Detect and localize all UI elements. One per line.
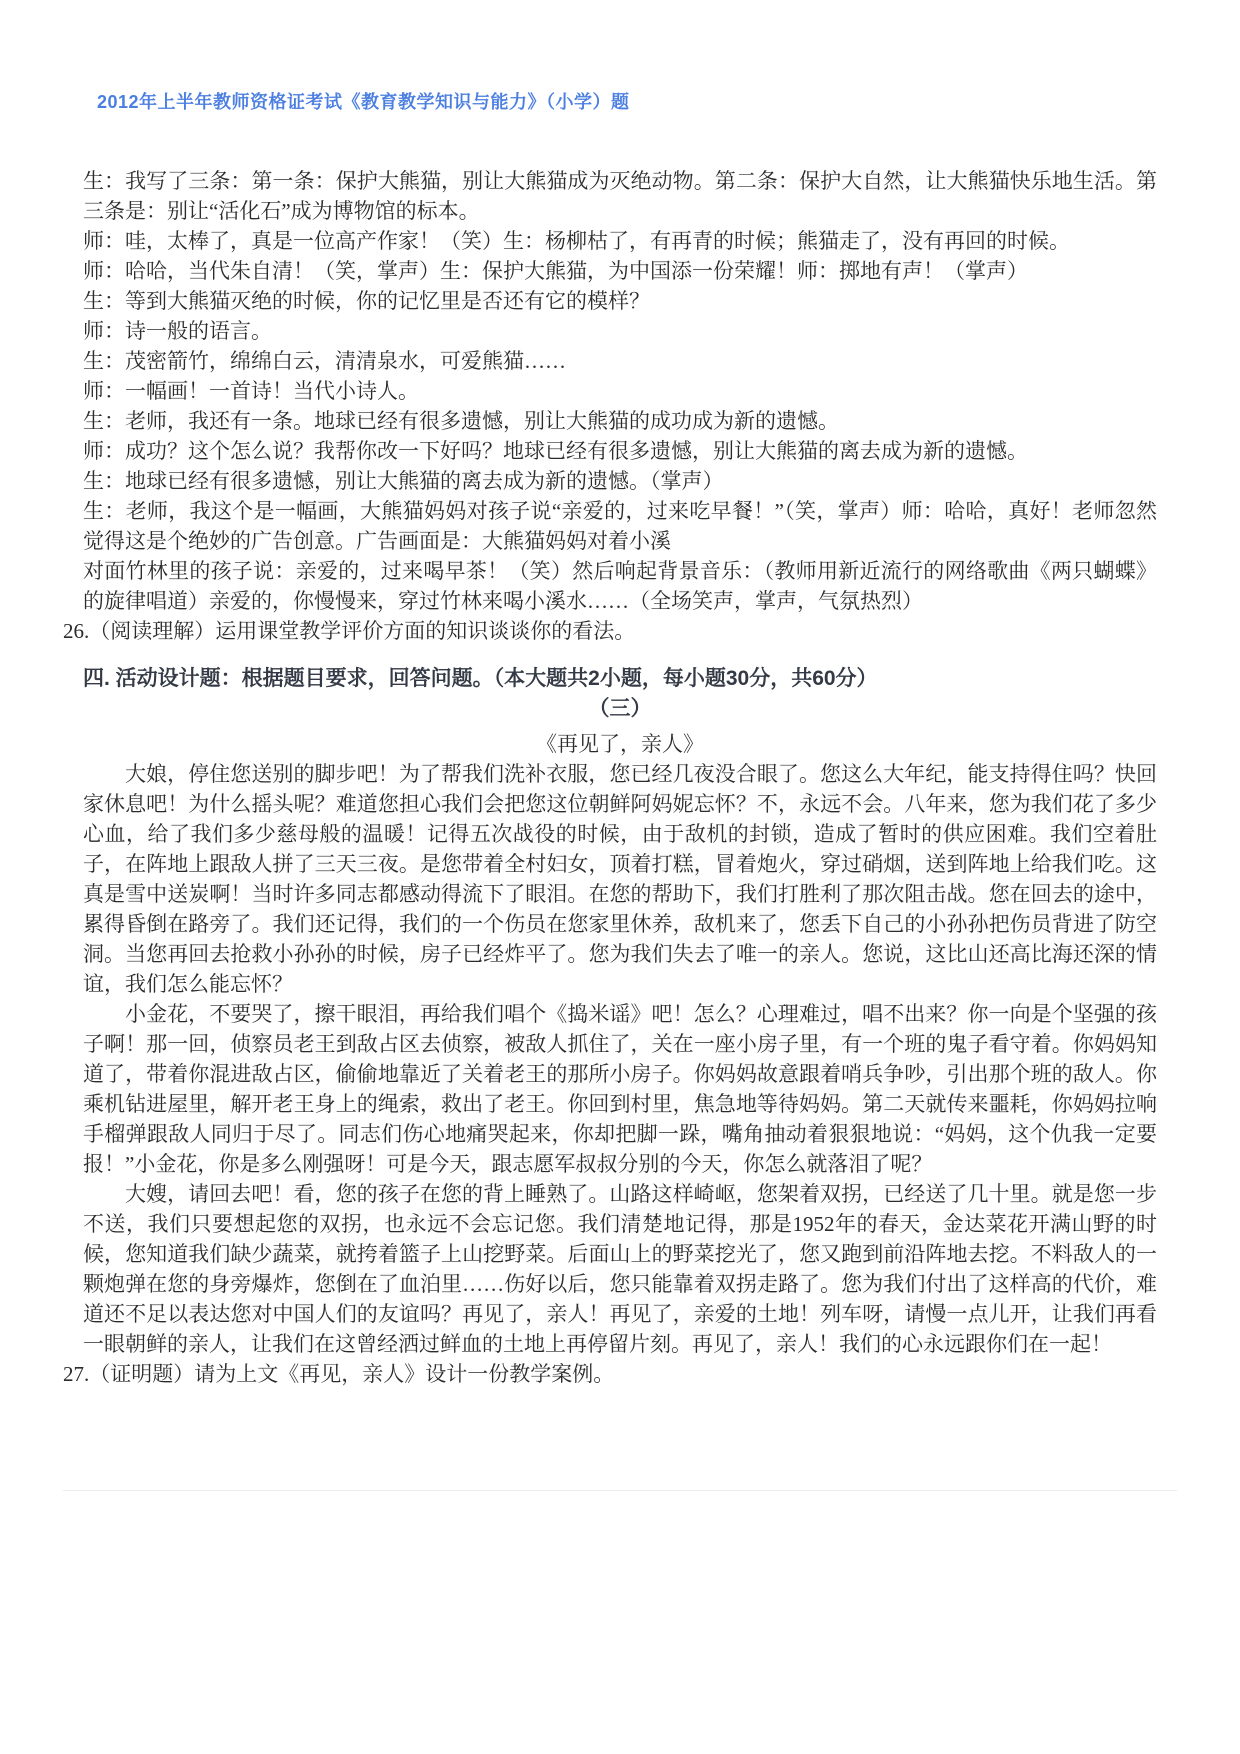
dialogue-block: 生：我写了三条：第一条：保护大熊猫，别让大熊猫成为灭绝动物。第二条：保护大自然，… — [83, 166, 1157, 616]
passage-paragraph: 大娘，停住您送别的脚步吧！为了帮我们洗补衣服，您已经几夜没合眼了。您这么大年纪，… — [83, 759, 1157, 999]
question-27: 27.（证明题）请为上文《再见，亲人》设计一份教学案例。 — [63, 1359, 1157, 1389]
passage-paragraph: 小金花，不要哭了，擦干眼泪，再给我们唱个《捣米谣》吧！怎么？心理难过，唱不出来？… — [83, 999, 1157, 1179]
dialogue-line: 生：茂密箭竹，绵绵白云，清清泉水，可爱熊猫…… — [83, 346, 1157, 376]
dialogue-line: 生：等到大熊猫灭绝的时候，你的记忆里是否还有它的模样？ — [83, 286, 1157, 316]
question-26: 26.（阅读理解）运用课堂教学评价方面的知识谈谈你的看法。 — [63, 616, 1157, 646]
dialogue-line: 师：一幅画！一首诗！当代小诗人。 — [83, 376, 1157, 406]
dialogue-line: 生：老师，我还有一条。地球已经有很多遗憾，别让大熊猫的成功成为新的遗憾。 — [83, 406, 1157, 436]
passage-paragraph: 大嫂，请回去吧！看，您的孩子在您的背上睡熟了。山路这样崎岖，您架着双拐，已经送了… — [83, 1179, 1157, 1359]
dialogue-line: 生：地球已经有很多遗憾，别让大熊猫的离去成为新的遗憾。（掌声） — [83, 466, 1157, 496]
dialogue-line: 师：诗一般的语言。 — [83, 316, 1157, 346]
dialogue-line: 生：我写了三条：第一条：保护大熊猫，别让大熊猫成为灭绝动物。第二条：保护大自然，… — [83, 166, 1157, 226]
dialogue-line: 师：哇，太棒了，真是一位高产作家！（笑）生：杨柳枯了，有再青的时候；熊猫走了，没… — [83, 226, 1157, 256]
dialogue-line: 师：成功？这个怎么说？我帮你改一下好吗？地球已经有很多遗憾，别让大熊猫的离去成为… — [83, 436, 1157, 466]
exam-content: 生：我写了三条：第一条：保护大熊猫，别让大熊猫成为灭绝动物。第二条：保护大自然，… — [83, 166, 1157, 1389]
dialogue-line: 师：哈哈，当代朱自清！（笑，掌声）生：保护大熊猫，为中国添一份荣耀！师：掷地有声… — [83, 256, 1157, 286]
page-title: 2012年上半年教师资格证考试《教育教学知识与能力》（小学）题 — [97, 88, 630, 114]
dialogue-line: 对面竹林里的孩子说：亲爱的，过来喝早茶！（笑）然后响起背景音乐：（教师用新近流行… — [83, 556, 1157, 616]
section-four-heading: 四. 活动设计题：根据题目要求，回答问题。（本大题共2小题，每小题30分，共60… — [83, 664, 1157, 694]
exam-paper-page: 2012年上半年教师资格证考试《教育教学知识与能力》（小学）题 生：我写了三条：… — [0, 0, 1240, 1754]
dialogue-line: 生：老师，我这个是一幅画，大熊猫妈妈对孩子说“亲爱的，过来吃早餐！”（笑，掌声）… — [83, 496, 1157, 556]
subsection-label: （三） — [83, 694, 1157, 724]
passage-block: 大娘，停住您送别的脚步吧！为了帮我们洗补衣服，您已经几夜没合眼了。您这么大年纪，… — [83, 759, 1157, 1359]
divider — [63, 1490, 1177, 1491]
passage-title: 《再见了，亲人》 — [83, 729, 1157, 759]
